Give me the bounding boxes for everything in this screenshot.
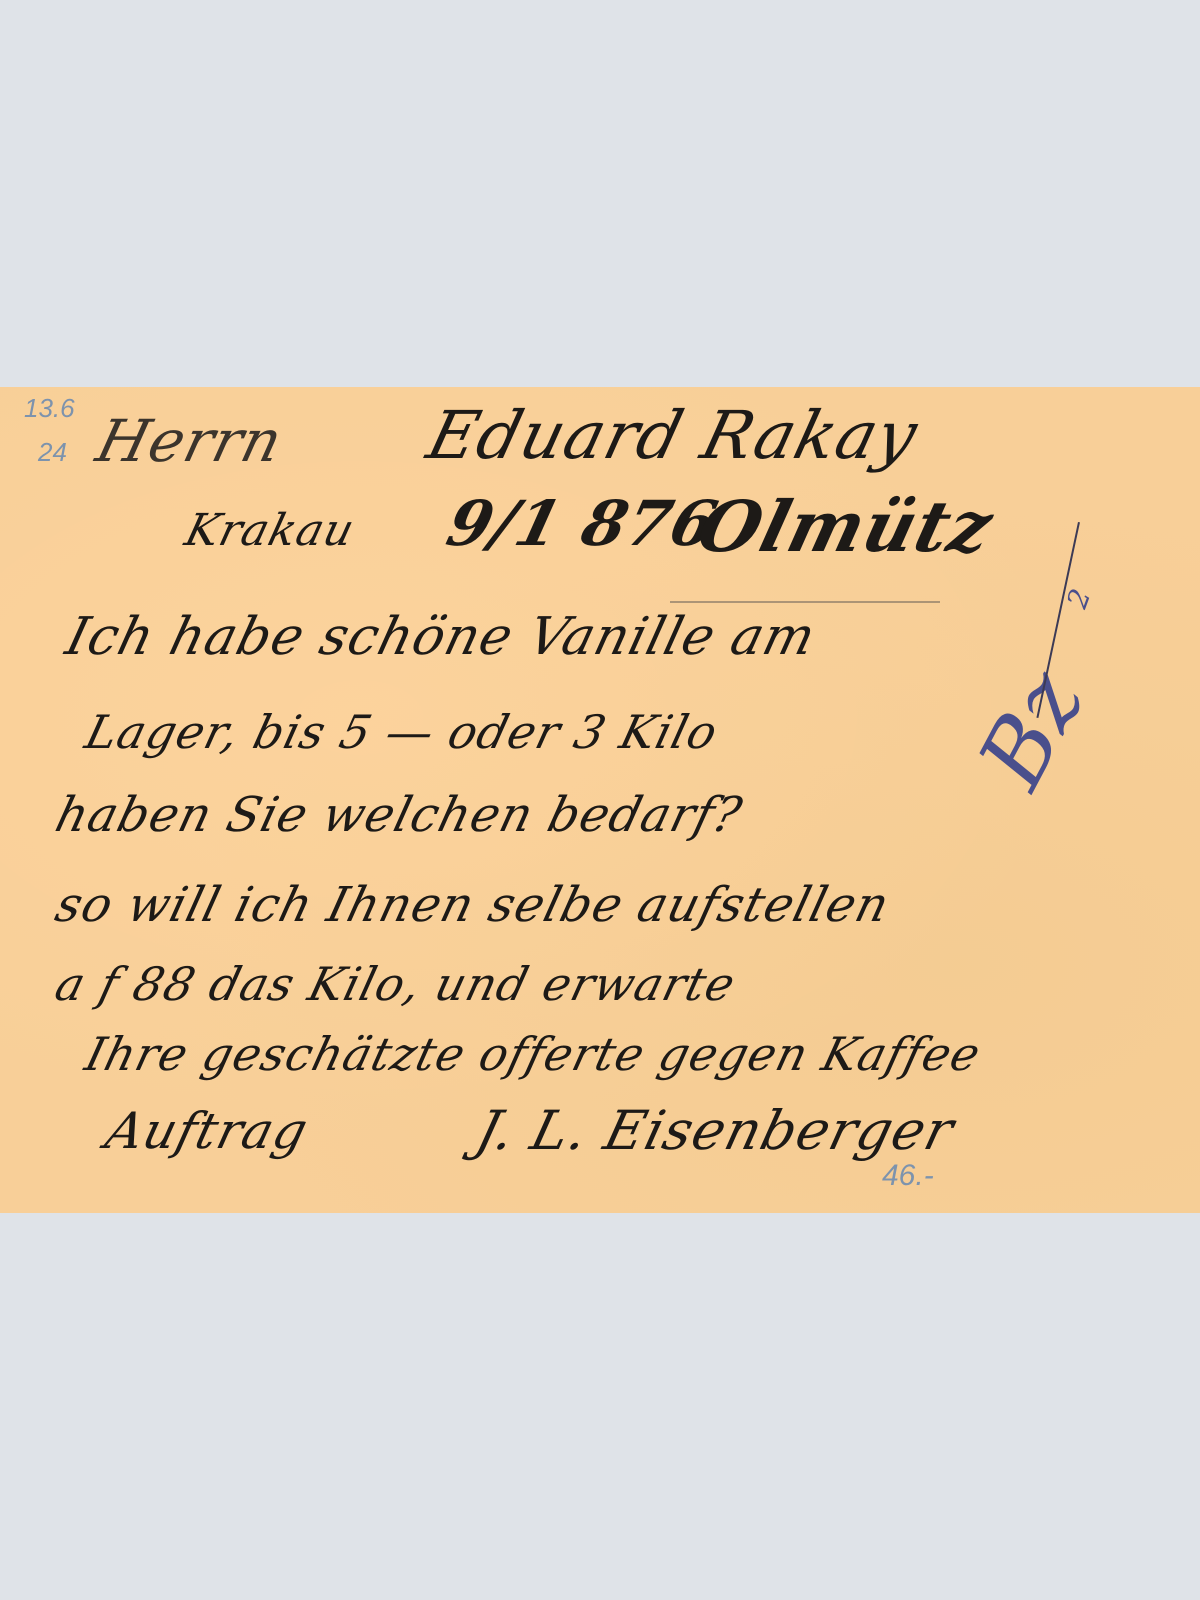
body-line-5: a f 88 das Kilo, und erwarte [50,957,741,1011]
address-place: Krakau [180,505,360,556]
dateline-city: Olmütz [690,485,1001,568]
address-salutation: Herrn [90,407,290,475]
pencil-note-top-1: 13.6 [24,393,75,424]
pencil-note-top-2: 24 [38,437,67,468]
dateline-date: 9/1 876 [440,487,725,560]
body-line-3: haben Sie welchen bedarf? [50,787,748,843]
underline-rule [670,601,940,603]
violet-small-mark: 2 [1060,584,1097,612]
body-line-1: Ich habe schöne Vanille am [60,607,822,667]
signature: J. L. Eisenberger [470,1099,961,1162]
body-line-4: so will ich Ihnen selbe aufstellen [50,877,895,933]
body-line-6: Ihre geschätzte offerte gegen Kaffee [80,1027,986,1081]
violet-margin-mark: Bz [959,655,1105,805]
pencil-note-bottom: 46.- [882,1159,934,1193]
address-name: Eduard Rakay [420,397,925,474]
body-line-2: Lager, bis 5 — oder 3 Kilo [80,705,724,759]
body-line-7: Auftrag [100,1102,314,1160]
postcard: 13.6 24 Herrn Eduard Rakay Krakau 9/1 87… [0,387,1200,1213]
